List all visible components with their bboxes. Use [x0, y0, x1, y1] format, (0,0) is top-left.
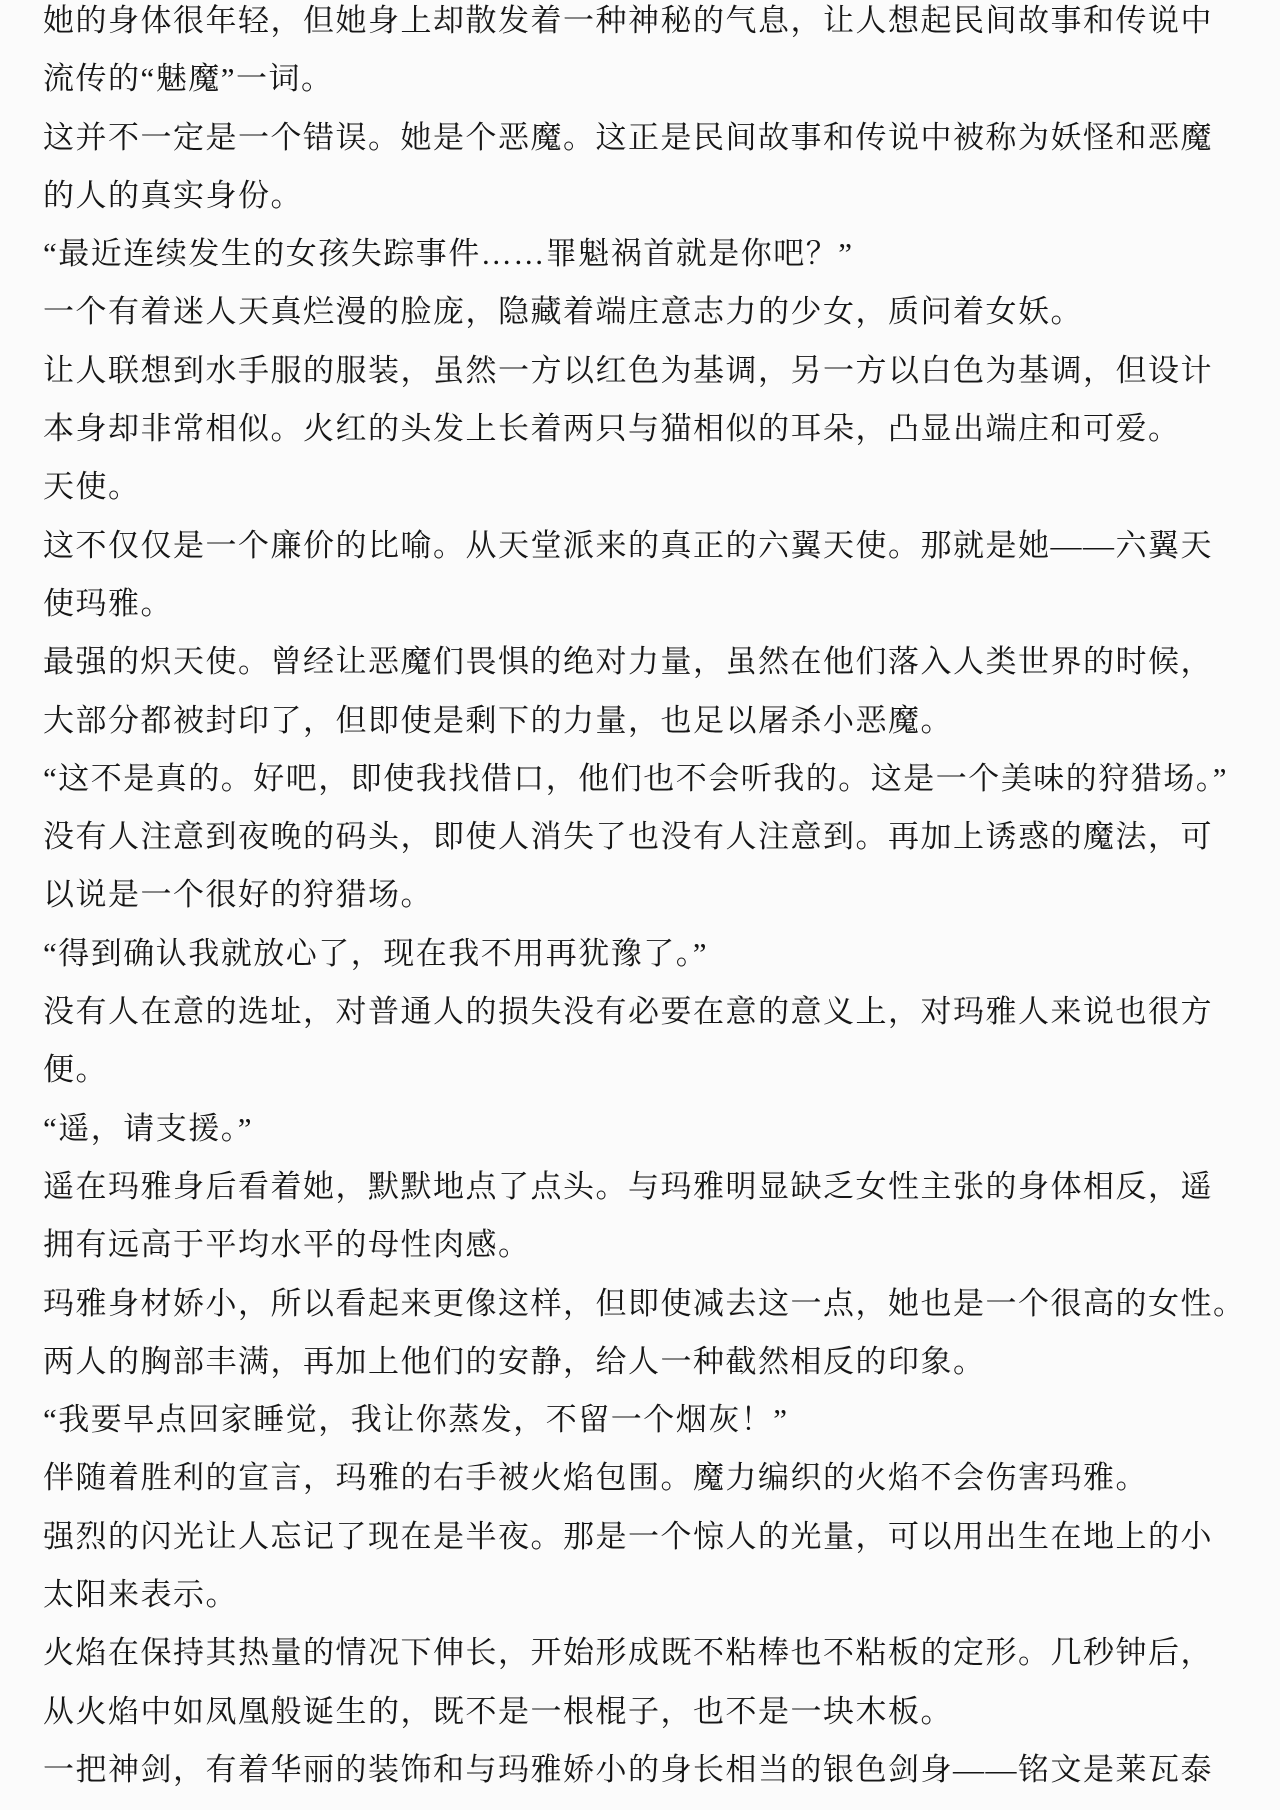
text-line: 本身却非常相似。火红的头发上长着两只与猫相似的耳朵，凸显出端庄和可爱。: [43, 400, 1254, 458]
text-line: 没有人注意到夜晚的码头，即使人消失了也没有人注意到。再加上诱惑的魔法，可: [43, 808, 1254, 866]
text-line: 天使。: [43, 458, 1254, 516]
text-line: 这不仅仅是一个廉价的比喻。从天堂派来的真正的六翼天使。那就是她——六翼天: [43, 517, 1254, 575]
text-line: “得到确认我就放心了，现在我不用再犹豫了。”: [43, 925, 1254, 983]
text-line: 玛雅身材娇小，所以看起来更像这样，但即使减去这一点，她也是一个很高的女性。: [43, 1275, 1254, 1333]
text-line: 这并不一定是一个错误。她是个恶魔。这正是民间故事和传说中被称为妖怪和恶魔: [43, 109, 1254, 167]
text-line: 让人联想到水手服的服装，虽然一方以红色为基调，另一方以白色为基调，但设计: [43, 342, 1254, 400]
text-line: 最强的炽天使。曾经让恶魔们畏惧的绝对力量，虽然在他们落入人类世界的时候，: [43, 633, 1254, 691]
text-line: 从火焰中如凤凰般诞生的，既不是一根棍子，也不是一块木板。: [43, 1683, 1254, 1741]
text-line: 两人的胸部丰满，再加上他们的安静，给人一种截然相反的印象。: [43, 1333, 1254, 1391]
text-line: “我要早点回家睡觉，我让你蒸发，不留一个烟灰！”: [43, 1391, 1254, 1449]
text-line: 大部分都被封印了，但即使是剩下的力量，也足以屠杀小恶魔。: [43, 692, 1254, 750]
text-line: “最近连续发生的女孩失踪事件……罪魁祸首就是你吧？”: [43, 225, 1254, 283]
text-line: 一把神剑，有着华丽的装饰和与玛雅娇小的身长相当的银色剑身——铭文是莱瓦泰: [43, 1741, 1254, 1799]
text-line: 拥有远高于平均水平的母性肉感。: [43, 1216, 1254, 1274]
text-line: 流传的“魅魔”一词。: [43, 50, 1254, 108]
document-page: 她的身体很年轻，但她身上却散发着一种神秘的气息，让人想起民间故事和传说中 流传的…: [0, 0, 1280, 1810]
text-line: 以说是一个很好的狩猎场。: [43, 866, 1254, 924]
text-line: 太阳来表示。: [43, 1566, 1254, 1624]
text-line: 火焰在保持其热量的情况下伸长，开始形成既不粘棒也不粘板的定形。几秒钟后，: [43, 1624, 1254, 1682]
text-line: 没有人在意的选址，对普通人的损失没有必要在意的意义上，对玛雅人来说也很方: [43, 983, 1254, 1041]
text-line: 伴随着胜利的宣言，玛雅的右手被火焰包围。魔力编织的火焰不会伤害玛雅。: [43, 1449, 1254, 1507]
text-line: 她的身体很年轻，但她身上却散发着一种神秘的气息，让人想起民间故事和传说中: [43, 0, 1254, 50]
text-line: “遥，请支援。”: [43, 1100, 1254, 1158]
text-line: 的人的真实身份。: [43, 167, 1254, 225]
text-line: 强烈的闪光让人忘记了现在是半夜。那是一个惊人的光量，可以用出生在地上的小: [43, 1508, 1254, 1566]
text-line: 遥在玛雅身后看着她，默默地点了点头。与玛雅明显缺乏女性主张的身体相反，遥: [43, 1158, 1254, 1216]
text-line: 便。: [43, 1041, 1254, 1099]
text-line: “这不是真的。好吧，即使我找借口，他们也不会听我的。这是一个美味的狩猎场。”: [43, 750, 1254, 808]
text-line: 使玛雅。: [43, 575, 1254, 633]
text-block: 她的身体很年轻，但她身上却散发着一种神秘的气息，让人想起民间故事和传说中 流传的…: [43, 0, 1254, 1799]
text-line: 一个有着迷人天真烂漫的脸庞，隐藏着端庄意志力的少女，质问着女妖。: [43, 283, 1254, 341]
